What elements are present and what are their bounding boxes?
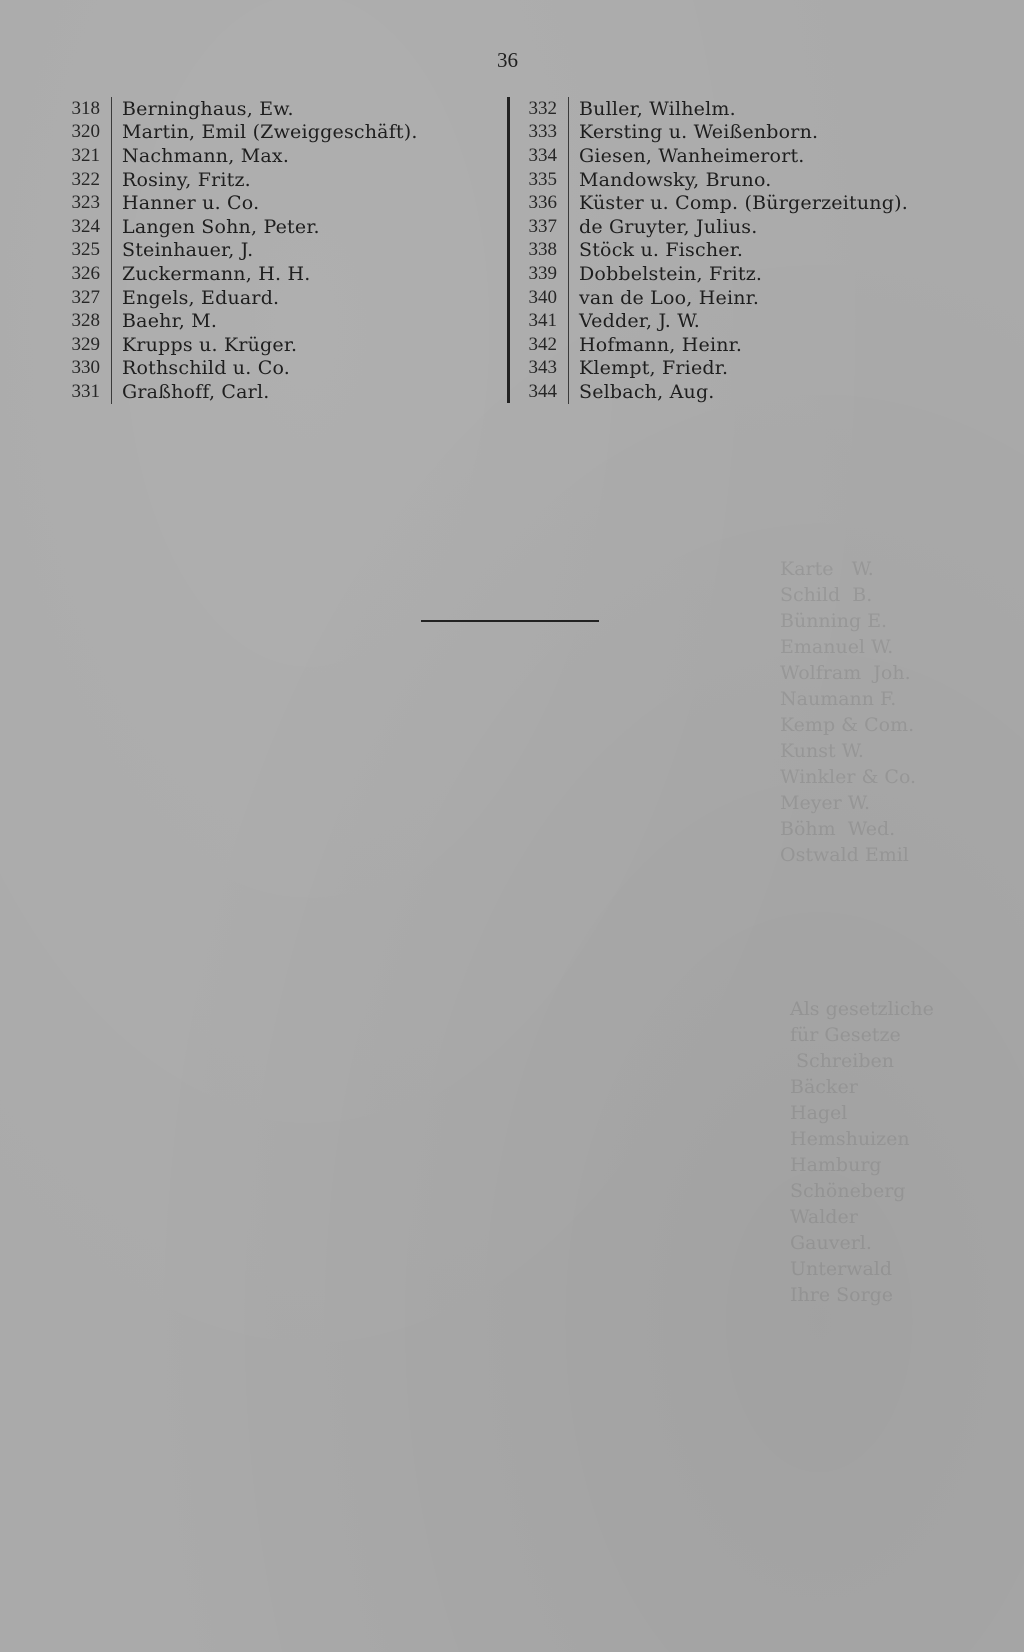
bleed-through-text: Als gesetzliche für Gesetze Schreiben Bä…	[790, 970, 934, 1334]
entry-number: 328	[60, 310, 100, 332]
right-column: 332Buller, Wilhelm.333Kersting u. Weißen…	[505, 97, 908, 404]
column-separator	[568, 191, 569, 215]
column-separator	[568, 215, 569, 239]
column-separator	[568, 309, 569, 333]
entry-number: 329	[60, 334, 100, 356]
list-item: 335Mandowsky, Bruno.	[505, 168, 908, 192]
list-item: 343Klempt, Friedr.	[505, 357, 908, 381]
list-item: 333Kersting u. Weißenborn.	[505, 121, 908, 145]
list-item: 340van de Loo, Heinr.	[505, 286, 908, 310]
column-separator	[568, 239, 569, 263]
scanned-page: Karte W. Schild B. Bünning E. Emanuel W.…	[0, 0, 1024, 1652]
column-separator	[111, 286, 112, 310]
entry-number: 325	[60, 239, 100, 261]
entry-number: 339	[505, 263, 557, 285]
entry-number: 344	[505, 381, 557, 403]
column-separator	[568, 333, 569, 357]
entry-name: Hofmann, Heinr.	[579, 334, 742, 356]
entry-number: 322	[60, 169, 100, 191]
entry-name: Küster u. Comp. (Bürgerzeitung).	[579, 192, 908, 214]
list-item: 320Martin, Emil (Zweiggeschäft).	[60, 121, 418, 145]
entry-number: 324	[60, 216, 100, 238]
list-item: 337de Gruyter, Julius.	[505, 215, 908, 239]
column-separator	[568, 97, 569, 121]
entry-name: Rosiny, Fritz.	[122, 169, 251, 191]
entry-number: 326	[60, 263, 100, 285]
entry-number: 331	[60, 381, 100, 403]
column-separator	[568, 168, 569, 192]
entry-number: 323	[60, 192, 100, 214]
column-separator	[111, 168, 112, 192]
list-item: 324Langen Sohn, Peter.	[60, 215, 418, 239]
entry-name: Graßhoff, Carl.	[122, 381, 270, 403]
list-item: 326Zuckermann, H. H.	[60, 262, 418, 286]
list-item: 342Hofmann, Heinr.	[505, 333, 908, 357]
list-item: 325Steinhauer, J.	[60, 239, 418, 263]
list-item: 344Selbach, Aug.	[505, 380, 908, 404]
column-separator	[568, 262, 569, 286]
column-separator	[111, 380, 112, 404]
entry-name: Mandowsky, Bruno.	[579, 169, 772, 191]
column-separator	[111, 144, 112, 168]
entry-number: 337	[505, 216, 557, 238]
list-item: 336Küster u. Comp. (Bürgerzeitung).	[505, 191, 908, 215]
entry-name: Engels, Eduard.	[122, 287, 279, 309]
list-item: 328Baehr, M.	[60, 309, 418, 333]
list-item: 329Krupps u. Krüger.	[60, 333, 418, 357]
entry-name: Hanner u. Co.	[122, 192, 259, 214]
entry-name: Kersting u. Weißenborn.	[579, 121, 818, 143]
list-item: 339Dobbelstein, Fritz.	[505, 262, 908, 286]
entry-name: Martin, Emil (Zweiggeschäft).	[122, 121, 418, 143]
entry-name: Steinhauer, J.	[122, 239, 253, 261]
entry-name: Rothschild u. Co.	[122, 357, 290, 379]
column-separator	[111, 309, 112, 333]
entry-name: Langen Sohn, Peter.	[122, 216, 320, 238]
entry-number: 334	[505, 145, 557, 167]
entry-name: Stöck u. Fischer.	[579, 239, 743, 261]
entry-name: Selbach, Aug.	[579, 381, 715, 403]
column-separator	[568, 144, 569, 168]
entry-name: Vedder, J. W.	[579, 310, 700, 332]
column-separator	[111, 262, 112, 286]
entry-number: 321	[60, 145, 100, 167]
entry-name: Giesen, Wanheimerort.	[579, 145, 805, 167]
entry-name: Nachmann, Max.	[122, 145, 289, 167]
entry-number: 340	[505, 287, 557, 309]
column-separator	[111, 97, 112, 121]
column-separator	[111, 121, 112, 145]
column-separator	[111, 239, 112, 263]
column-separator	[568, 286, 569, 310]
column-separator	[568, 380, 569, 404]
list-item: 322Rosiny, Fritz.	[60, 168, 418, 192]
entry-name: Buller, Wilhelm.	[579, 98, 736, 120]
column-separator	[568, 121, 569, 145]
entry-number: 341	[505, 310, 557, 332]
column-separator	[111, 191, 112, 215]
entry-name: Dobbelstein, Fritz.	[579, 263, 762, 285]
entry-name: Berninghaus, Ew.	[122, 98, 294, 120]
list-item: 321Nachmann, Max.	[60, 144, 418, 168]
entry-name: Zuckermann, H. H.	[122, 263, 310, 285]
list-item: 331Graßhoff, Carl.	[60, 380, 418, 404]
entry-name: Baehr, M.	[122, 310, 217, 332]
entry-number: 335	[505, 169, 557, 191]
entry-name: de Gruyter, Julius.	[579, 216, 757, 238]
entry-number: 343	[505, 357, 557, 379]
left-column: 318Berninghaus, Ew.320Martin, Emil (Zwei…	[60, 97, 418, 404]
entry-name: Krupps u. Krüger.	[122, 334, 297, 356]
column-separator	[568, 357, 569, 381]
page-number: 36	[497, 48, 518, 73]
bleed-through-text: Karte W. Schild B. Bünning E. Emanuel W.…	[780, 530, 916, 894]
entry-number: 318	[60, 98, 100, 120]
list-item: 330Rothschild u. Co.	[60, 357, 418, 381]
entry-number: 332	[505, 98, 557, 120]
entry-number: 327	[60, 287, 100, 309]
list-item: 341Vedder, J. W.	[505, 309, 908, 333]
entry-number: 342	[505, 334, 557, 356]
list-item: 332Buller, Wilhelm.	[505, 97, 908, 121]
column-separator	[111, 215, 112, 239]
list-item: 327Engels, Eduard.	[60, 286, 418, 310]
list-item: 338Stöck u. Fischer.	[505, 239, 908, 263]
section-divider-rule	[421, 620, 599, 622]
entry-name: Klempt, Friedr.	[579, 357, 728, 379]
entry-number: 330	[60, 357, 100, 379]
entry-name: van de Loo, Heinr.	[579, 287, 759, 309]
column-separator	[111, 357, 112, 381]
entry-number: 336	[505, 192, 557, 214]
entry-number: 320	[60, 121, 100, 143]
entry-number: 333	[505, 121, 557, 143]
entry-number: 338	[505, 239, 557, 261]
list-item: 323Hanner u. Co.	[60, 191, 418, 215]
list-item: 318Berninghaus, Ew.	[60, 97, 418, 121]
list-item: 334Giesen, Wanheimerort.	[505, 144, 908, 168]
column-separator	[111, 333, 112, 357]
